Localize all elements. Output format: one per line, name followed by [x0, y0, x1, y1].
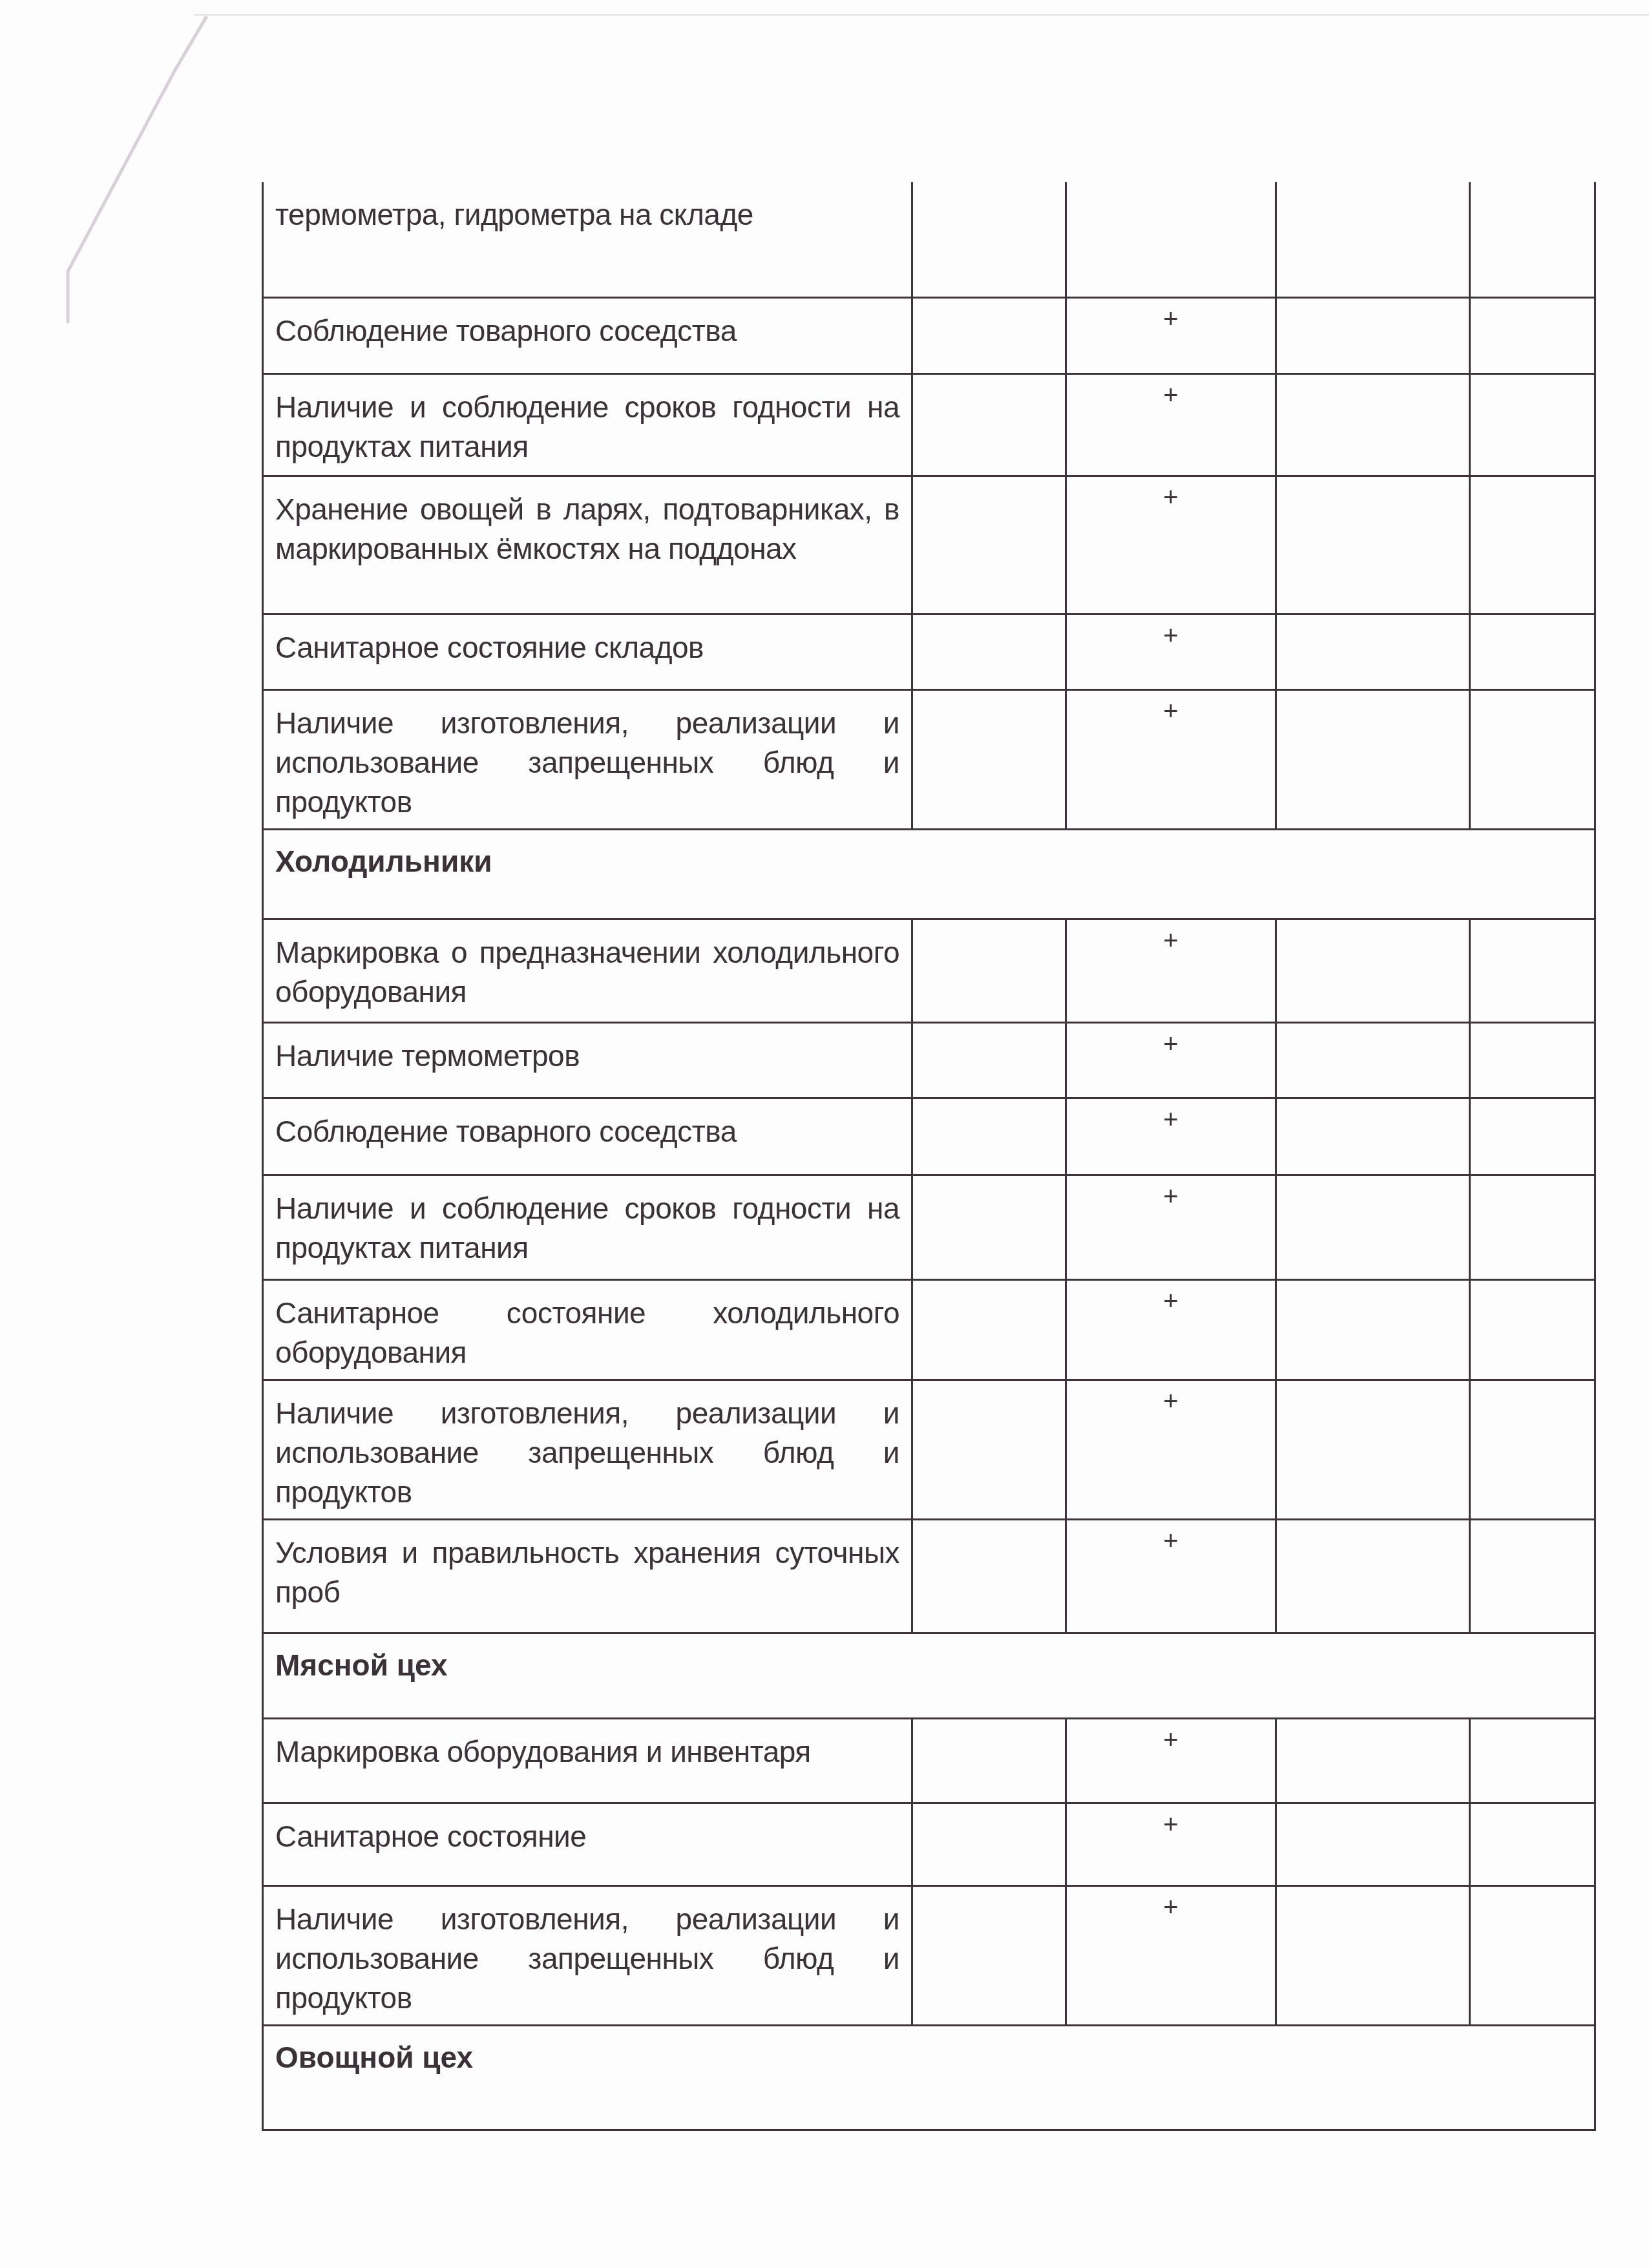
criterion-cell: Наличие и соблюдение сроков годности на … — [263, 373, 912, 476]
mark-cell — [1276, 476, 1470, 614]
mark-cell — [1276, 1279, 1470, 1380]
mark-cell — [912, 297, 1066, 373]
mark-cell: + — [1066, 1380, 1276, 1519]
table-row: Наличие термометров+ — [263, 1022, 1595, 1098]
mark-cell — [1276, 1380, 1470, 1519]
mark-cell — [912, 1098, 1066, 1175]
table-row: Маркировка о предназначении холодильного… — [263, 919, 1595, 1022]
mark-cell — [1276, 1175, 1470, 1279]
mark-cell — [912, 919, 1066, 1022]
criterion-cell: Маркировка о предназначении холодильного… — [263, 919, 912, 1022]
section-heading: Мясной цех — [263, 1633, 1595, 1718]
mark-cell: + — [1066, 1519, 1276, 1633]
checklist-body: термометра, гидрометра на складеСоблюден… — [263, 182, 1595, 2130]
mark-cell: + — [1066, 1175, 1276, 1279]
mark-cell — [1470, 182, 1595, 297]
mark-cell: + — [1066, 1885, 1276, 2025]
section-heading: Холодильники — [263, 829, 1595, 919]
mark-cell — [1276, 182, 1470, 297]
criterion-cell: Наличие изготовления, реализации и испол… — [263, 1380, 912, 1519]
criterion-cell: Условия и правильность хранения суточных… — [263, 1519, 912, 1633]
criterion-cell: Наличие и соблюдение сроков годности на … — [263, 1175, 912, 1279]
mark-cell — [1470, 1718, 1595, 1803]
criterion-cell: Соблюдение товарного соседства — [263, 1098, 912, 1175]
mark-cell: + — [1066, 919, 1276, 1022]
mark-cell: + — [1066, 1098, 1276, 1175]
mark-cell — [912, 1279, 1066, 1380]
mark-cell — [912, 1175, 1066, 1279]
checklist-table: термометра, гидрометра на складеСоблюден… — [262, 182, 1596, 2131]
table-row: Наличие изготовления, реализации и испол… — [263, 1885, 1595, 2025]
mark-cell — [1276, 919, 1470, 1022]
mark-cell — [1470, 1803, 1595, 1885]
section-row: Холодильники — [263, 829, 1595, 919]
mark-cell — [1276, 1098, 1470, 1175]
mark-cell — [1470, 1380, 1595, 1519]
mark-cell: + — [1066, 689, 1276, 829]
mark-cell — [1276, 614, 1470, 689]
mark-cell — [1276, 1718, 1470, 1803]
criterion-cell: Соблюдение товарного соседства — [263, 297, 912, 373]
mark-cell: + — [1066, 1718, 1276, 1803]
mark-cell — [1470, 1175, 1595, 1279]
table-row: Наличие изготовления, реализации и испол… — [263, 1380, 1595, 1519]
criterion-cell: Наличие термометров — [263, 1022, 912, 1098]
table-row: Наличие и соблюдение сроков годности на … — [263, 373, 1595, 476]
table-row: Хранение овощей в ларях, подтоварниках, … — [263, 476, 1595, 614]
table-row: Санитарное состояние+ — [263, 1803, 1595, 1885]
mark-cell — [1276, 1022, 1470, 1098]
mark-cell — [912, 614, 1066, 689]
mark-cell: + — [1066, 614, 1276, 689]
mark-cell: + — [1066, 476, 1276, 614]
mark-cell — [912, 1718, 1066, 1803]
mark-cell — [1470, 373, 1595, 476]
table-row: термометра, гидрометра на складе — [263, 182, 1595, 297]
mark-cell — [1276, 1803, 1470, 1885]
mark-cell — [1066, 182, 1276, 297]
mark-cell: + — [1066, 373, 1276, 476]
mark-cell — [1470, 1885, 1595, 2025]
mark-cell — [1470, 689, 1595, 829]
criterion-cell: Санитарное состояние складов — [263, 614, 912, 689]
table-row: Условия и правильность хранения суточных… — [263, 1519, 1595, 1633]
mark-cell — [1276, 297, 1470, 373]
criterion-cell: Маркировка оборудования и инвентаря — [263, 1718, 912, 1803]
mark-cell — [1470, 1279, 1595, 1380]
mark-cell — [1276, 689, 1470, 829]
mark-cell — [912, 373, 1066, 476]
table-row: Соблюдение товарного соседства+ — [263, 1098, 1595, 1175]
section-row: Овощной цех — [263, 2025, 1595, 2130]
table-row: Наличие и соблюдение сроков годности на … — [263, 1175, 1595, 1279]
section-row: Мясной цех — [263, 1633, 1595, 1718]
mark-cell — [1276, 1885, 1470, 2025]
criterion-cell: Наличие изготовления, реализации и испол… — [263, 689, 912, 829]
mark-cell — [1470, 1519, 1595, 1633]
mark-cell — [1470, 919, 1595, 1022]
mark-cell — [912, 1803, 1066, 1885]
mark-cell — [1470, 297, 1595, 373]
criterion-cell: термометра, гидрометра на складе — [263, 182, 912, 297]
table-row: Санитарное состояние холодильного оборуд… — [263, 1279, 1595, 1380]
mark-cell — [1276, 1519, 1470, 1633]
scan-fold-mark — [0, 0, 258, 323]
page-top-edge — [194, 14, 1649, 16]
mark-cell — [912, 1885, 1066, 2025]
criterion-cell: Хранение овощей в ларях, подтоварниках, … — [263, 476, 912, 614]
mark-cell — [912, 1519, 1066, 1633]
table-row: Санитарное состояние складов+ — [263, 614, 1595, 689]
mark-cell: + — [1066, 1279, 1276, 1380]
mark-cell — [912, 1022, 1066, 1098]
criterion-cell: Санитарное состояние — [263, 1803, 912, 1885]
mark-cell — [1470, 614, 1595, 689]
mark-cell — [1470, 1022, 1595, 1098]
mark-cell — [912, 689, 1066, 829]
mark-cell — [1470, 1098, 1595, 1175]
mark-cell — [912, 1380, 1066, 1519]
mark-cell: + — [1066, 1022, 1276, 1098]
mark-cell — [1276, 373, 1470, 476]
mark-cell — [1470, 476, 1595, 614]
mark-cell: + — [1066, 1803, 1276, 1885]
section-heading: Овощной цех — [263, 2025, 1595, 2130]
mark-cell — [912, 182, 1066, 297]
criterion-cell: Наличие изготовления, реализации и испол… — [263, 1885, 912, 2025]
table-row: Наличие изготовления, реализации и испол… — [263, 689, 1595, 829]
table-row: Соблюдение товарного соседства+ — [263, 297, 1595, 373]
table-row: Маркировка оборудования и инвентаря+ — [263, 1718, 1595, 1803]
criterion-cell: Санитарное состояние холодильного оборуд… — [263, 1279, 912, 1380]
mark-cell — [912, 476, 1066, 614]
mark-cell: + — [1066, 297, 1276, 373]
